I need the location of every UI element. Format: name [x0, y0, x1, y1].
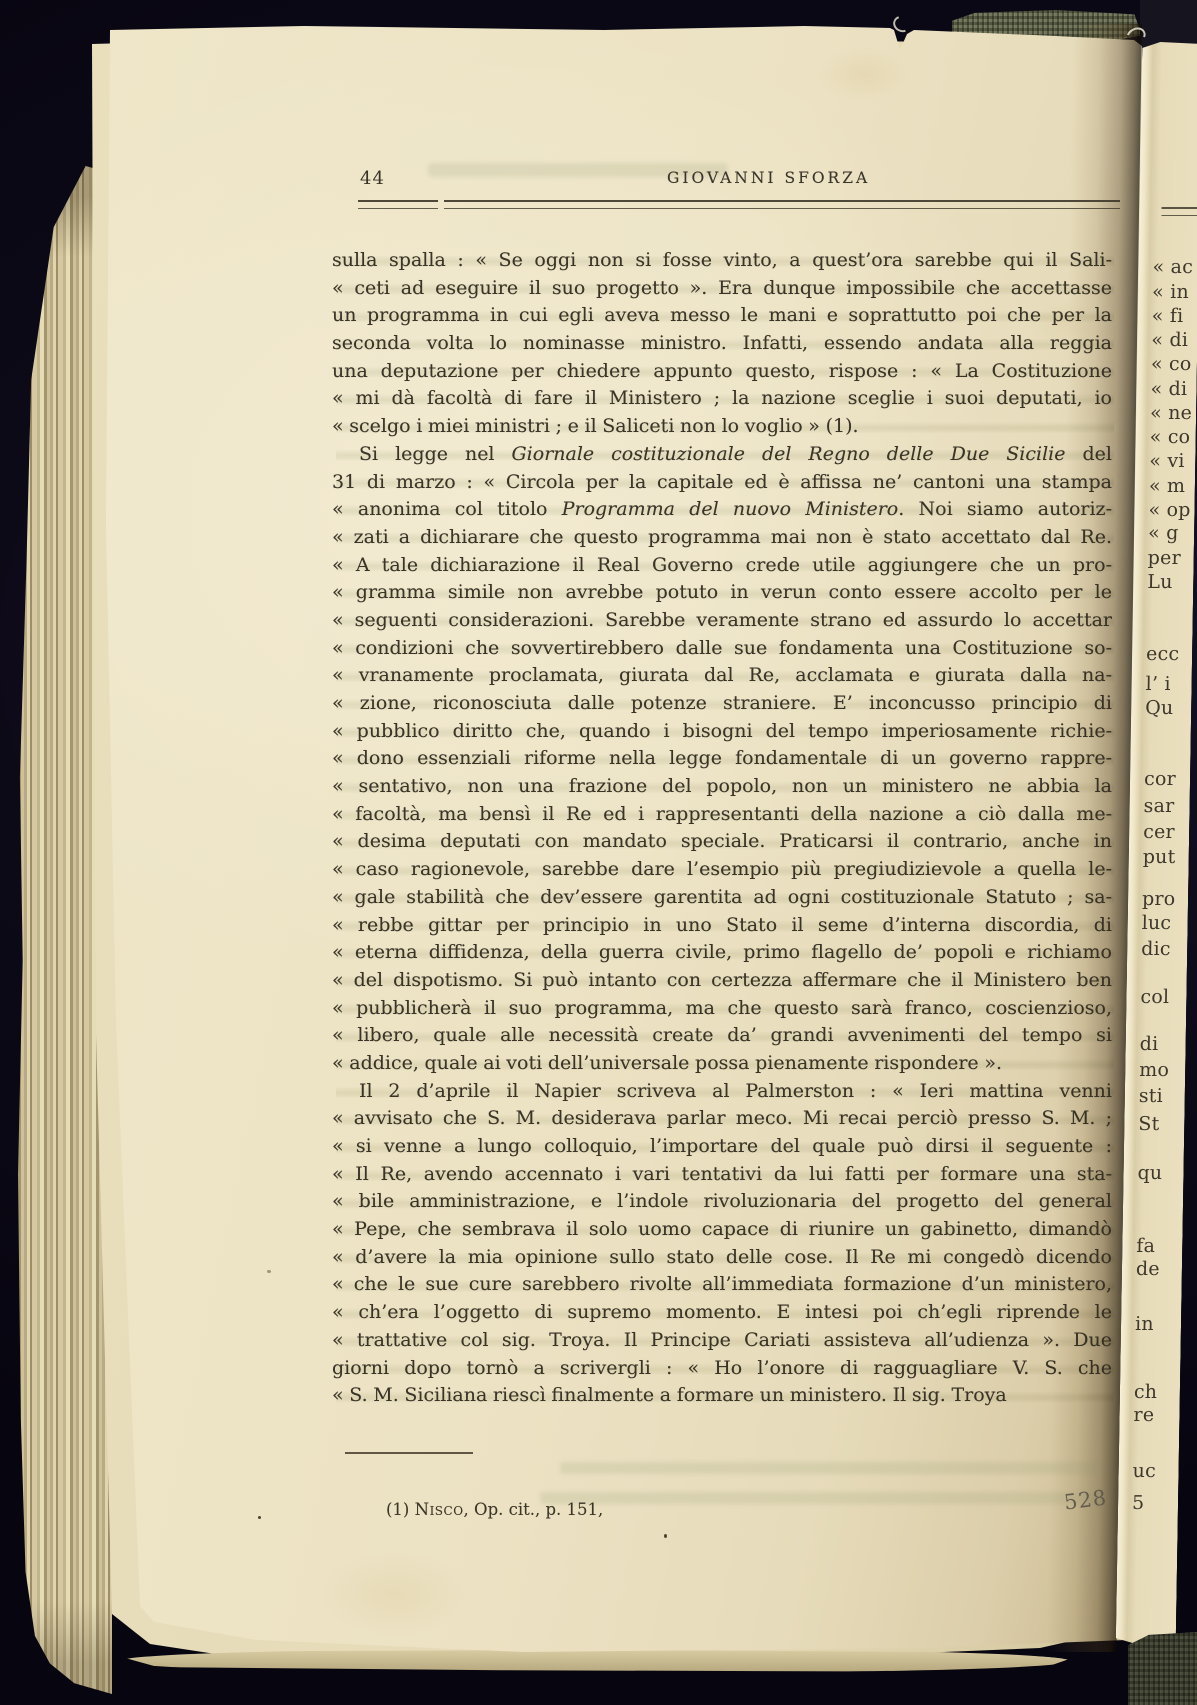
ink-speck — [664, 1534, 667, 1538]
footnote-author: Nisco — [415, 1500, 464, 1519]
text-line-segment: « condizioni che sovvertirebbero dalle s… — [332, 637, 1112, 659]
header-rule-segment — [358, 200, 438, 209]
text-line: « pubblico diritto che, quando i bisogni… — [332, 718, 1112, 746]
text-line-segment: « dono essenziali riforme nella legge fo… — [332, 747, 1112, 769]
text-line: seconda volta lo nominasse ministro. Inf… — [332, 330, 1112, 358]
text-line-segment: Giornale costituzionale del Regno delle … — [512, 443, 1066, 465]
text-line: « ch’era l’oggetto di supremo momento. E… — [332, 1299, 1112, 1327]
header-rule — [358, 200, 1120, 207]
text-line: un programma in cui egli aveva messo le … — [332, 302, 1112, 330]
text-line: « avvisato che S. M. desiderava parlar m… — [332, 1105, 1112, 1133]
text-line: « dono essenziali riforme nella legge fo… — [332, 745, 1112, 773]
text-line-segment: « S. M. Siciliana riescì finalmente a fo… — [332, 1384, 1007, 1406]
text-line-segment: « eterna diffidenza, della guerra civile… — [332, 941, 1112, 963]
text-line: Il 2 d’aprile il Napier scriveva al Palm… — [332, 1078, 1112, 1106]
text-line: « d’avere la mia opinione sullo stato de… — [332, 1244, 1112, 1272]
text-line-segment: « bile amministrazione, e l’indole rivol… — [332, 1190, 1112, 1212]
text-line: « eterna diffidenza, della guerra civile… — [332, 939, 1112, 967]
text-line: « desima deputati con mandato speciale. … — [332, 828, 1112, 856]
text-line-segment: « trattative col sig. Troya. Il Principe… — [332, 1329, 1112, 1351]
text-line: « seguenti considerazioni. Sarebbe veram… — [332, 607, 1112, 635]
text-line-segment: « caso ragionevole, sarebbe dare l’esemp… — [332, 858, 1112, 880]
text-line: « anonima col titolo Programma del nuovo… — [332, 496, 1112, 524]
text-line-segment: « addice, quale ai voti dell’universale … — [332, 1052, 1002, 1074]
text-line-segment: « Il Re, avendo accennato i vari tentati… — [332, 1163, 1112, 1185]
text-line-segment: del — [1066, 443, 1112, 465]
text-line: « sentativo, non una frazione del popolo… — [332, 773, 1112, 801]
paper-speck — [267, 1270, 271, 1273]
text-line: 31 di marzo : « Circola per la capitale … — [332, 469, 1112, 497]
text-line-segment: « Pepe, che sembrava il solo uomo capace… — [332, 1218, 1112, 1240]
text-line: « che le sue cure sarebbero rivolte all’… — [332, 1271, 1112, 1299]
text-line-segment: « desima deputati con mandato speciale. … — [332, 830, 1112, 852]
page-number: 44 — [360, 168, 385, 189]
text-line: sulla spalla : « Se oggi non si fosse vi… — [332, 247, 1112, 275]
text-line: « vranamente proclamata, giurata dal Re,… — [332, 662, 1112, 690]
text-line: « A tale dichiarazione il Real Governo c… — [332, 552, 1112, 580]
text-line: « gramma simile non avrebbe potuto in ve… — [332, 579, 1112, 607]
text-line: « trattative col sig. Troya. Il Principe… — [332, 1327, 1112, 1355]
text-line-segment: Programma del nuovo Ministero — [562, 498, 899, 520]
text-line-segment: « pubblicherà il suo programma, ma che q… — [332, 997, 1112, 1019]
text-line-segment: « zati a dichiarare che questo programma… — [332, 526, 1112, 548]
text-line-segment: « d’avere la mia opinione sullo stato de… — [332, 1246, 1112, 1268]
text-line-segment: « gale stabilità che dev’essere garentit… — [332, 886, 1112, 908]
text-line-segment: « sentativo, non una frazione del popolo… — [332, 775, 1112, 797]
text-line-segment: « facoltà, ma bensì il Re ed i rappresen… — [332, 803, 1112, 825]
text-line-segment: « vranamente proclamata, giurata dal Re,… — [332, 664, 1112, 686]
text-line-segment: « scelgo i miei ministri ; e il Saliceti… — [332, 415, 859, 437]
footnote-citation: , Op. cit., p. 151, — [464, 1500, 604, 1519]
text-line-segment: « ch’era l’oggetto di supremo momento. E… — [332, 1301, 1112, 1323]
header-rule-segment — [444, 200, 1120, 209]
text-line-segment: « anonima col titolo — [332, 498, 562, 520]
footnote-marker: (1) — [386, 1500, 409, 1519]
text-line-segment: « avvisato che S. M. desiderava parlar m… — [332, 1107, 1112, 1129]
text-line-segment: « del dispotismo. Si può intanto con cer… — [332, 969, 1112, 991]
text-line-segment: « A tale dichiarazione il Real Governo c… — [332, 554, 1112, 576]
text-line: « Il Re, avendo accennato i vari tentati… — [332, 1161, 1112, 1189]
showthrough-footnote-ghost — [560, 1462, 1100, 1474]
text-line-segment: seconda volta lo nominasse ministro. Inf… — [332, 332, 1112, 354]
text-line: « ceti ad eseguire il suo progetto ». Er… — [332, 275, 1112, 303]
text-line: « rebbe gittar per principio in uno Stat… — [332, 912, 1112, 940]
text-line-segment: « pubblico diritto che, quando i bisogni… — [332, 720, 1112, 742]
text-line: una deputazione per chiedere appunto que… — [332, 358, 1112, 386]
text-line-segment: « zione, riconosciuta dalle potenze stra… — [332, 692, 1112, 714]
text-line: « facoltà, ma bensì il Re ed i rappresen… — [332, 801, 1112, 829]
text-line: « zati a dichiarare che questo programma… — [332, 524, 1112, 552]
text-line: « scelgo i miei ministri ; e il Saliceti… — [332, 413, 1112, 441]
text-line: « libero, quale alle necessità create da… — [332, 1022, 1112, 1050]
text-line-segment: « si venne a lungo colloquio, l’importar… — [332, 1135, 1112, 1157]
text-line-segment: . Noi siamo autoriz- — [898, 498, 1112, 520]
text-line: « Pepe, che sembrava il solo uomo capace… — [332, 1216, 1112, 1244]
running-header: GIOVANNI SFORZA — [667, 169, 870, 187]
text-line-segment: « libero, quale alle necessità create da… — [332, 1024, 1112, 1046]
text-line-segment: « ceti ad eseguire il suo progetto ». Er… — [332, 277, 1112, 299]
text-line: « del dispotismo. Si può intanto con cer… — [332, 967, 1112, 995]
body-text: sulla spalla : « Se oggi non si fosse vi… — [332, 247, 1112, 1410]
text-line: « S. M. Siciliana riescì finalmente a fo… — [332, 1382, 1112, 1410]
footnote: (1) Nisco, Op. cit., p. 151, — [386, 1500, 603, 1519]
text-line: « zione, riconosciuta dalle potenze stra… — [332, 690, 1112, 718]
text-line-segment: « che le sue cure sarebbero rivolte all’… — [332, 1273, 1112, 1295]
text-line: « caso ragionevole, sarebbe dare l’esemp… — [332, 856, 1112, 884]
text-line: « mi dà facoltà di fare il Ministero ; l… — [332, 385, 1112, 413]
text-line-segment: giorni dopo tornò a scrivergli : « Ho l’… — [332, 1357, 1112, 1379]
text-line-segment: un programma in cui egli aveva messo le … — [332, 304, 1112, 326]
text-line: « addice, quale ai voti dell’universale … — [332, 1050, 1112, 1078]
footnote-rule — [345, 1452, 473, 1454]
text-line: « si venne a lungo colloquio, l’importar… — [332, 1133, 1112, 1161]
text-line: « condizioni che sovvertirebbero dalle s… — [332, 635, 1112, 663]
text-line-segment: Si legge nel — [359, 443, 512, 465]
text-line: Si legge nel Giornale costituzionale del… — [332, 441, 1112, 469]
text-line-segment: Il 2 d’aprile il Napier scriveva al Palm… — [359, 1080, 1112, 1102]
showthrough-footnote-ghost — [540, 1492, 1100, 1504]
text-line-segment: « gramma simile non avrebbe potuto in ve… — [332, 581, 1112, 603]
book-scan: { "colors":{"paper":"#ece2c3","ink":"#38… — [0, 0, 1197, 1705]
text-line: « gale stabilità che dev’essere garentit… — [332, 884, 1112, 912]
text-line: « pubblicherà il suo programma, ma che q… — [332, 995, 1112, 1023]
text-line-segment: « seguenti considerazioni. Sarebbe veram… — [332, 609, 1112, 631]
pencil-page-number: 528 — [1063, 1485, 1109, 1514]
text-line-segment: sulla spalla : « Se oggi non si fosse vi… — [332, 249, 1112, 271]
left-page-content: 44 GIOVANNI SFORZA sulla spalla : « Se o… — [0, 0, 1197, 1705]
text-line: giorni dopo tornò a scrivergli : « Ho l’… — [332, 1355, 1112, 1383]
text-line-segment: « rebbe gittar per principio in uno Stat… — [332, 914, 1112, 936]
text-line: « bile amministrazione, e l’indole rivol… — [332, 1188, 1112, 1216]
text-line-segment: una deputazione per chiedere appunto que… — [332, 360, 1112, 382]
text-line-segment: 31 di marzo : « Circola per la capitale … — [332, 471, 1112, 493]
text-line-segment: « mi dà facoltà di fare il Ministero ; l… — [332, 387, 1112, 409]
ink-speck — [258, 1516, 261, 1519]
